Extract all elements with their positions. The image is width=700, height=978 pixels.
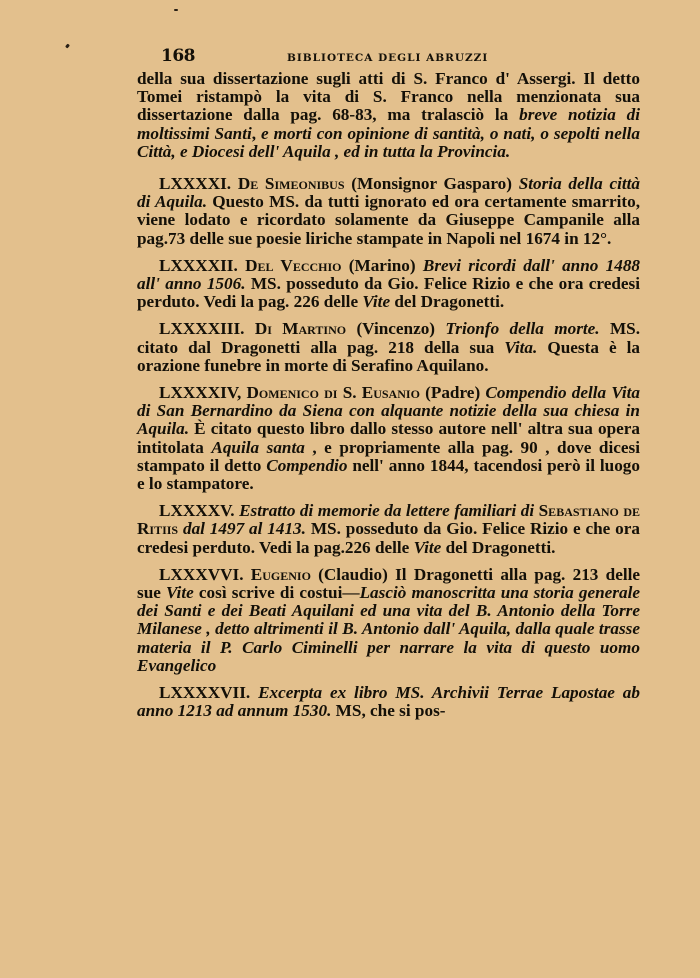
entry-author: Del Vecchio <box>245 256 341 275</box>
bibliography-entry: LXXXXIII. Di Martino (Vincenzo) Trionfo … <box>137 320 640 375</box>
entry-number: LXXXXIII. <box>159 319 244 338</box>
entry-number: LXXXXIV, <box>159 383 241 402</box>
body-text: , <box>252 124 261 143</box>
bibliography-entry: LXXXVVI. Eugenio (Claudio) Il Dragonetti… <box>137 566 640 675</box>
italic-text: Vite <box>166 583 194 602</box>
entry-author: Di Martino <box>255 319 346 338</box>
entry-number: LXXXXII. <box>159 256 238 275</box>
body-text: del Dragonetti. <box>390 292 504 311</box>
body-text: così scrive di costui— <box>194 583 360 602</box>
bibliography-entry: LXXXXII. Del Vecchio (Marino) Brevi rico… <box>137 257 640 312</box>
running-title: BIBLIOTECA DEGLI ABRUZZI <box>287 52 488 64</box>
entry-number: LXXXXV. <box>159 501 235 520</box>
body-text: (Padre) <box>420 383 485 402</box>
page-body: della sua dissertazione sugli atti di S.… <box>137 70 640 721</box>
italic-text: dal 1497 al 1413. <box>178 519 306 538</box>
italic-text: Aquila santa <box>211 438 305 457</box>
entry-author: De Simeonibus <box>238 174 345 193</box>
entry-number: LXXXXI. <box>159 174 231 193</box>
continuation-paragraph: della sua dissertazione sugli atti di S.… <box>137 70 640 161</box>
entry-number: LXXXVVI. <box>159 565 244 584</box>
bibliography-entry: LXXXXIV, Domenico di S. Eusanio (Padre) … <box>137 384 640 493</box>
scan-speck <box>65 44 70 49</box>
body-text: (Vincenzo) <box>346 319 445 338</box>
entry-author: Domenico di S. Eusanio <box>247 383 420 402</box>
italic-text: Trionfo della morte. <box>445 319 599 338</box>
body-text: del Dragonetti. <box>441 538 555 557</box>
body-text: (Monsignor Gasparo) <box>345 174 519 193</box>
body-text: Questo MS. da tutti ignorato ed ora cert… <box>137 192 640 247</box>
italic-text: Vite <box>362 292 390 311</box>
bibliography-entry: LXXXXV. Estratto di memorie da lettere f… <box>137 502 640 557</box>
bibliography-entry: LXXXXI. De Simeonibus (Monsignor Gasparo… <box>137 175 640 248</box>
entry-number: LXXXXVII. <box>159 683 250 702</box>
bibliography-entry: LXXXXVII. Excerpta ex libro MS. Archivii… <box>137 684 640 720</box>
book-page: 168 BIBLIOTECA DEGLI ABRUZZI della sua d… <box>137 44 640 721</box>
body-text: MS, che si pos- <box>331 701 445 720</box>
bibliography-entries: LXXXXI. De Simeonibus (Monsignor Gasparo… <box>137 175 640 720</box>
page-header: 168 BIBLIOTECA DEGLI ABRUZZI <box>137 44 640 70</box>
italic-text: Estratto di memorie da lettere familiari… <box>235 501 535 520</box>
body-text: (Marino) <box>342 256 423 275</box>
page-number: 168 <box>161 46 195 66</box>
italic-text: Vita. <box>504 338 537 357</box>
italic-text: Vite <box>414 538 442 557</box>
italic-text: Compendio <box>266 456 347 475</box>
entry-author: Eugenio <box>251 565 311 584</box>
scan-speck <box>174 9 178 11</box>
